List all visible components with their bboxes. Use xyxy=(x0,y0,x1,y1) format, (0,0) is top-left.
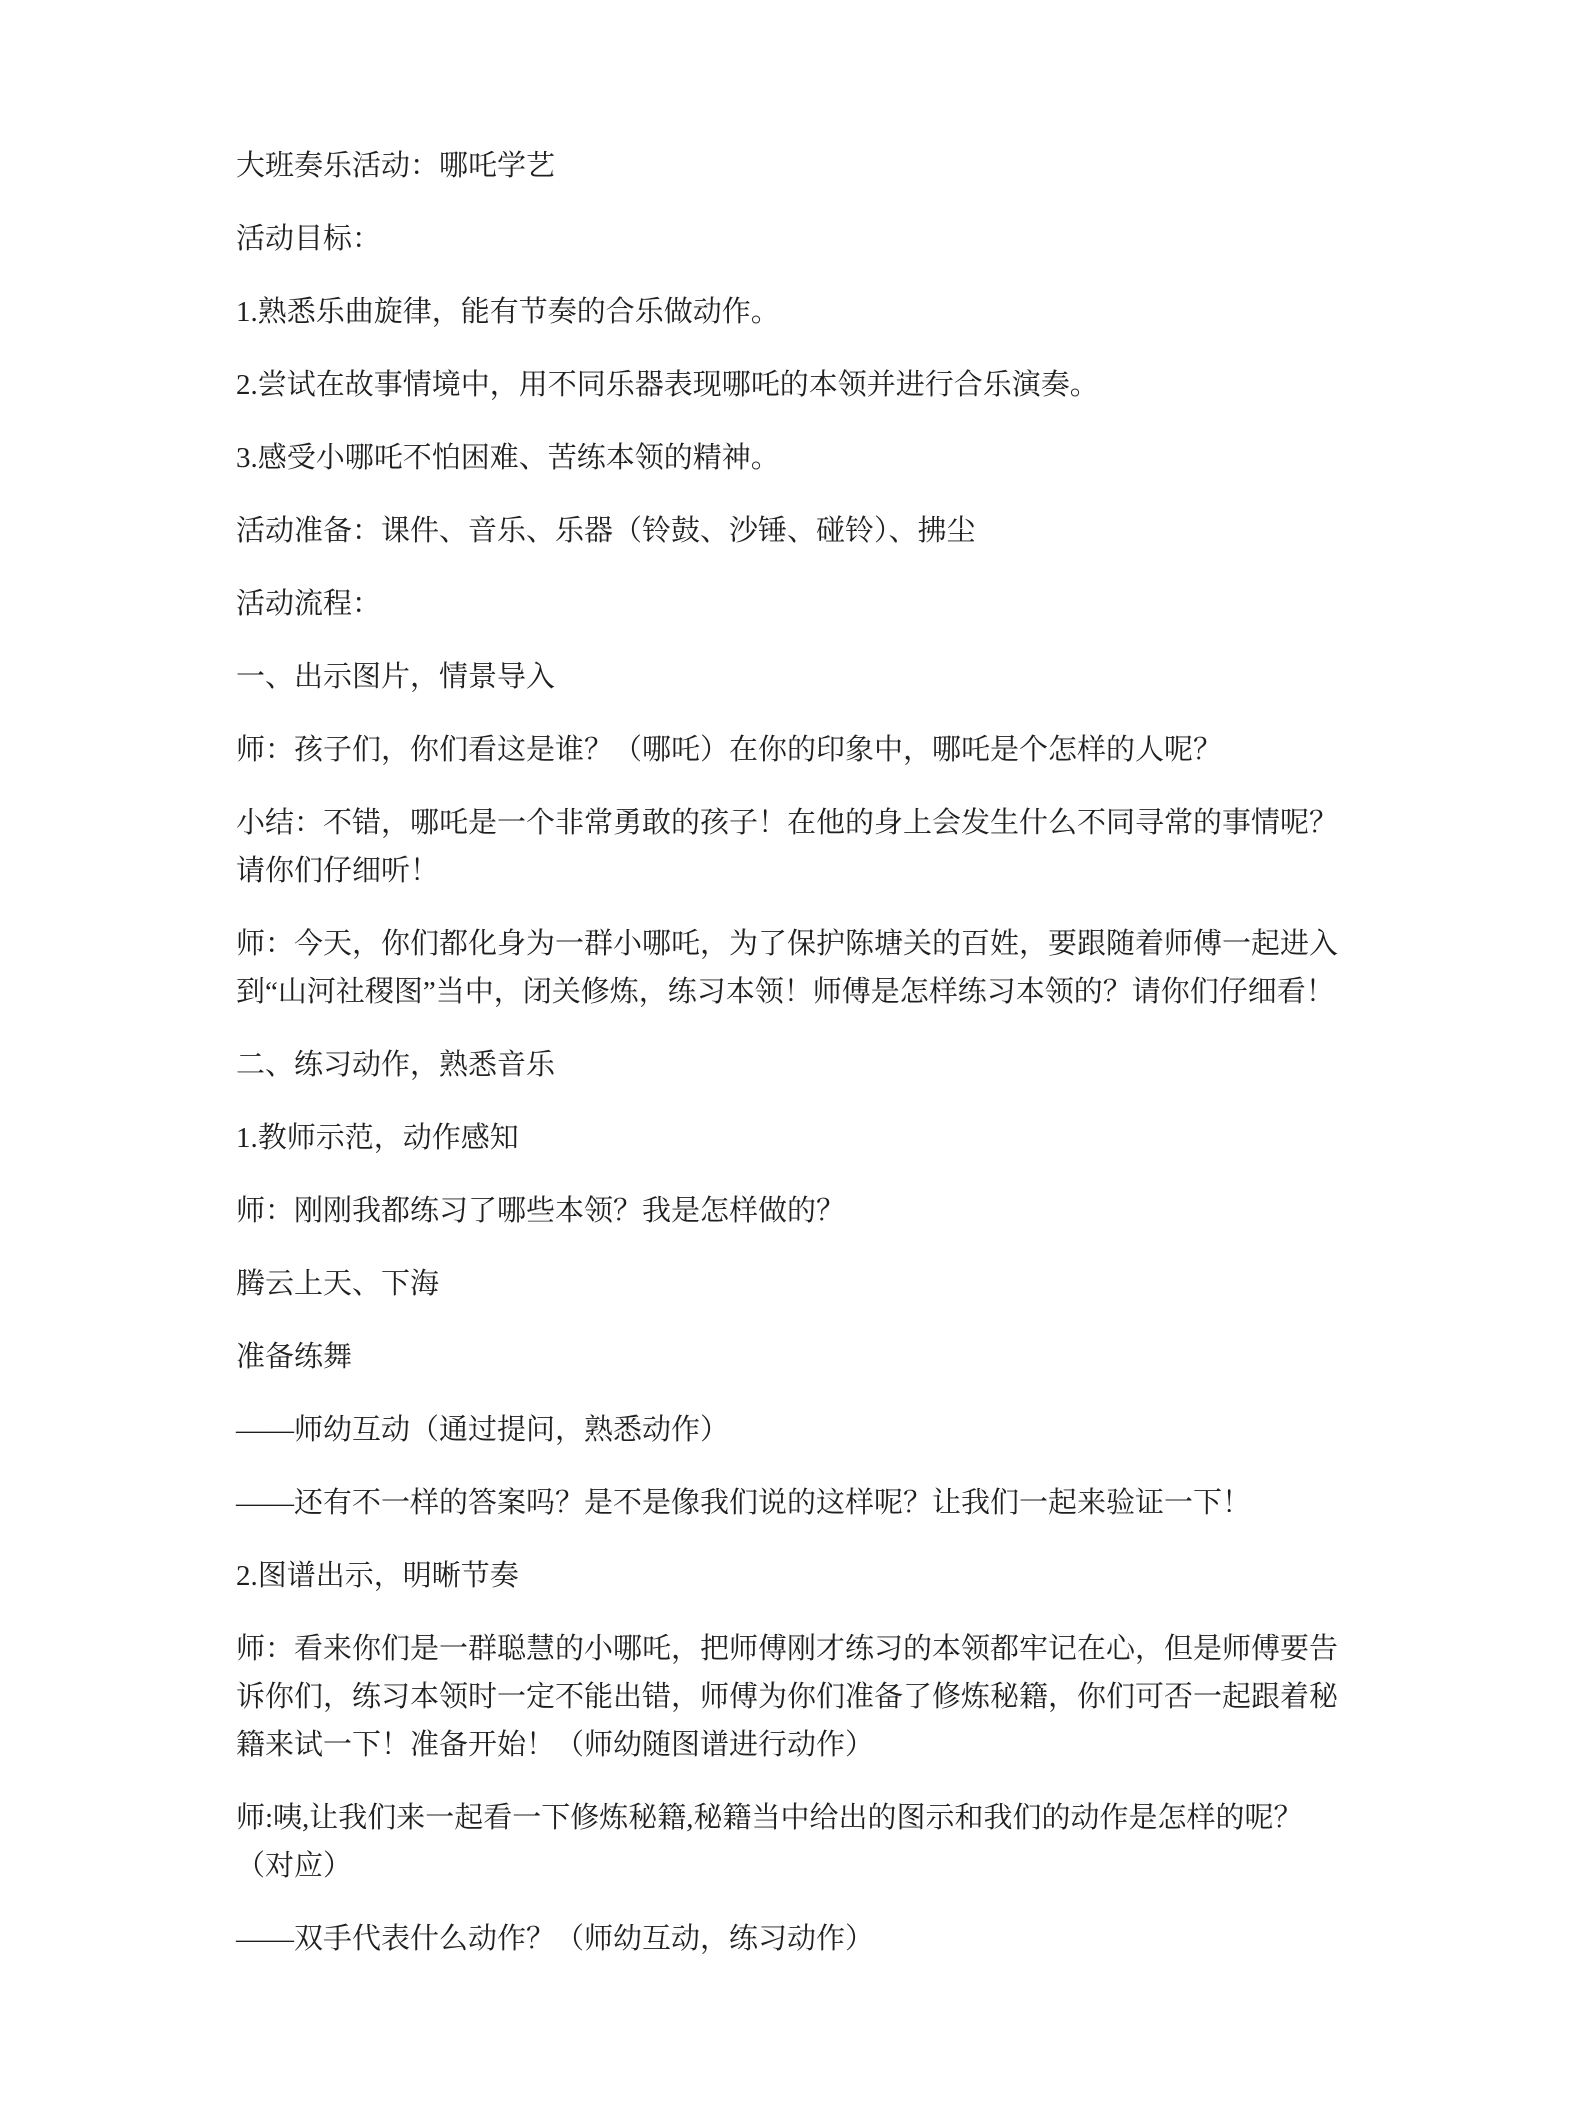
section-2-heading: 二、练习动作，熟悉音乐 xyxy=(236,1041,1346,1089)
section-2-action-line-1: 腾云上天、下海 xyxy=(236,1260,1346,1308)
document-page: 大班奏乐活动：哪吒学艺 活动目标： 1.熟悉乐曲旋律，能有节奏的合乐做动作。 2… xyxy=(0,0,1587,2101)
process-heading: 活动流程： xyxy=(236,580,1346,628)
section-2-teacher-line-3: 师：刚刚我都练习了哪些本领？我是怎样做的？ xyxy=(236,1187,1346,1235)
goal-item-2: 2.尝试在故事情境中，用不同乐器表现哪吒的本领并进行合乐演奏。 xyxy=(236,361,1346,409)
doc-title: 大班奏乐活动：哪吒学艺 xyxy=(236,142,1346,190)
goal-item-1: 1.熟悉乐曲旋律，能有节奏的合乐做动作。 xyxy=(236,288,1346,336)
section-2-interaction-note-1: ——师幼互动（通过提问，熟悉动作） xyxy=(236,1406,1346,1454)
goals-heading: 活动目标： xyxy=(236,215,1346,263)
section-2-sub-2-heading: 2.图谱出示，明晰节奏 xyxy=(236,1552,1346,1600)
section-2-teacher-line-4: 师：看来你们是一群聪慧的小哪吒，把师傅刚才练习的本领都牢记在心，但是师傅要告诉你… xyxy=(236,1625,1346,1769)
goal-item-3: 3.感受小哪吒不怕困难、苦练本领的精神。 xyxy=(236,434,1346,482)
section-2-action-line-2: 准备练舞 xyxy=(236,1333,1346,1381)
section-1-heading: 一、出示图片，情景导入 xyxy=(236,653,1346,701)
section-2-interaction-note-2: ——还有不一样的答案吗？是不是像我们说的这样呢？让我们一起来验证一下！ xyxy=(236,1479,1346,1527)
section-2-sub-1-heading: 1.教师示范，动作感知 xyxy=(236,1114,1346,1162)
section-1-teacher-line-1: 师：孩子们，你们看这是谁？（哪吒）在你的印象中，哪吒是个怎样的人呢？ xyxy=(236,726,1346,774)
section-1-teacher-line-2: 师：今天，你们都化身为一群小哪吒，为了保护陈塘关的百姓，要跟随着师傅一起进入到“… xyxy=(236,920,1346,1016)
section-2-teacher-line-5: 师:咦,让我们来一起看一下修炼秘籍,秘籍当中给出的图示和我们的动作是怎样的呢？（… xyxy=(236,1794,1346,1890)
section-2-interaction-note-3: ——双手代表什么动作？（师幼互动，练习动作） xyxy=(236,1915,1346,1963)
section-1-summary-line: 小结：不错，哪吒是一个非常勇敢的孩子！在他的身上会发生什么不同寻常的事情呢？请你… xyxy=(236,799,1346,895)
preparation-line: 活动准备：课件、音乐、乐器（铃鼓、沙锤、碰铃）、拂尘 xyxy=(236,507,1346,555)
